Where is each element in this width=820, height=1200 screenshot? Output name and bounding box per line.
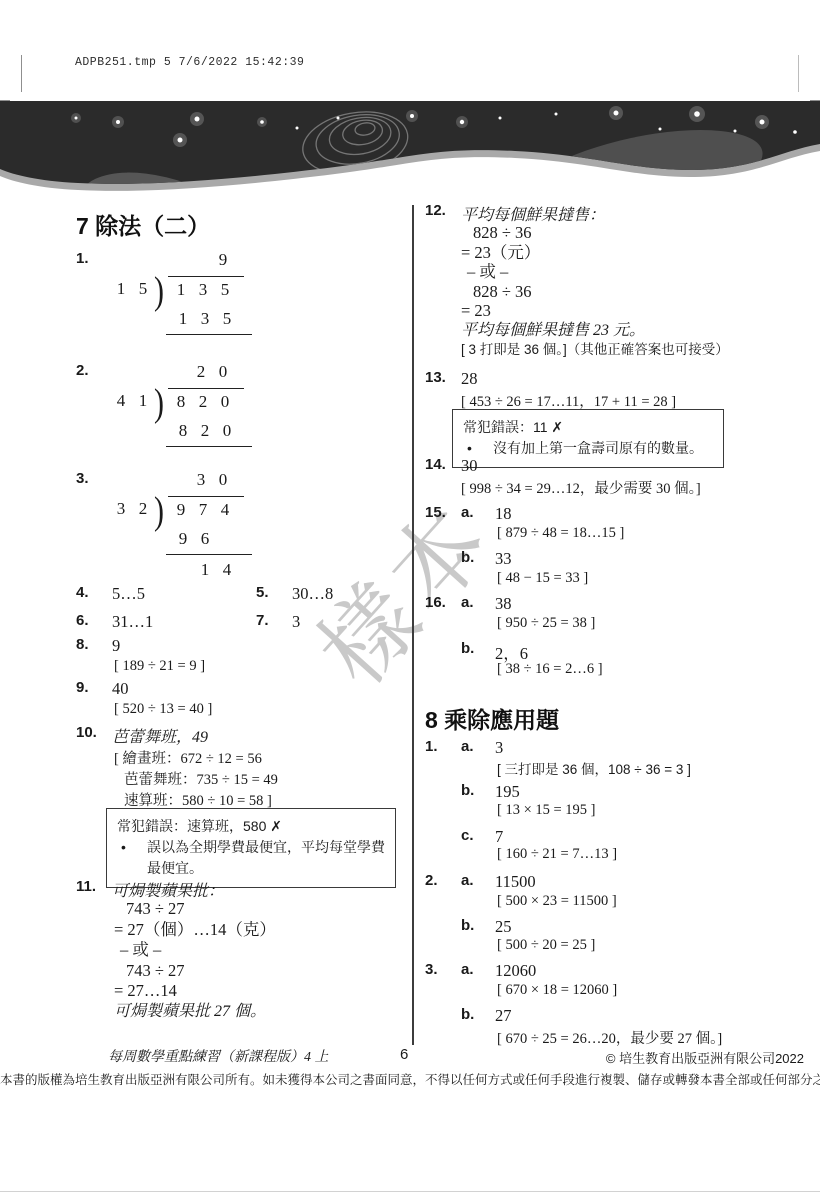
s8-work-1b: [ 13 × 15 = 195 ]	[497, 802, 596, 819]
s8-work-2b: [ 500 ÷ 20 = 25 ]	[497, 937, 595, 954]
s8-item-1c-label: c.	[461, 827, 495, 844]
work-12-line2: 828 ÷ 36	[461, 223, 729, 243]
work-11-line5: 743 ÷ 27	[114, 961, 276, 982]
item-8-number: 8.	[76, 636, 112, 653]
answer-4: 5…5	[112, 584, 145, 603]
longdiv-1-subtracted: 135	[166, 307, 252, 335]
item-3-number: 3.	[76, 470, 112, 487]
longdiv-3-quotient: 30	[190, 470, 252, 496]
division-bracket: )	[154, 276, 168, 307]
division-bracket: )	[154, 388, 168, 419]
s8-item-1a-label: a.	[461, 738, 495, 755]
work-11: 743 ÷ 27 = 27（個）…14（克） – 或 – 743 ÷ 27 = …	[114, 899, 276, 1022]
item-16a-label: a.	[461, 594, 495, 611]
item-9-number: 9.	[76, 679, 112, 696]
s8-work-3b: [ 670 ÷ 25 = 26…20，最少要 27 個。]	[497, 1027, 722, 1048]
longdiv-1: 9 15 ) 135 135	[110, 250, 252, 335]
answer-8: 9	[112, 636, 120, 655]
work-11-line3: = 27（個）…14（克）	[114, 920, 276, 941]
work-10-line1: [ 繪畫班：672 ÷ 12 = 56	[114, 747, 262, 768]
item-4-number: 4.	[76, 584, 112, 601]
s8-item-1b-label: b.	[461, 782, 495, 799]
section-7-title: 7 除法（二）	[76, 208, 210, 241]
s8-item-2b-label: b.	[461, 917, 495, 934]
work-12-line6: = 23	[461, 301, 729, 321]
item-5-number: 5.	[256, 584, 292, 601]
longdiv-1-dividend: 135	[168, 276, 244, 300]
decorative-space-banner	[0, 95, 820, 195]
work-12-line4: – 或 –	[461, 262, 729, 282]
longdiv-2-dividend: 820	[168, 388, 244, 412]
s8-answer-1a: 3	[495, 738, 503, 757]
s8-work-1c: [ 160 ÷ 21 = 7…13 ]	[497, 846, 617, 863]
s8-answer-1b: 195	[495, 782, 520, 801]
answer-7: 3	[292, 612, 300, 631]
print-file-info: ADPB251.tmp 5 7/6/2022 15:42:39	[75, 56, 304, 69]
work-12-line8: [ 3 打即是 36 個。]（其他正確答案也可接受）	[461, 340, 729, 360]
s8-answer-2b: 25	[495, 917, 512, 936]
longdiv-1-quotient: 9	[212, 250, 252, 276]
item-16-number: 16.	[425, 594, 461, 611]
item-11-number: 11.	[76, 878, 112, 895]
work-16a: [ 950 ÷ 25 = 38 ]	[497, 615, 595, 632]
mistake-box-13-bullet: 沒有加上第一盒壽司原有的數量。	[493, 438, 713, 459]
work-12: 828 ÷ 36 = 23（元） – 或 – 828 ÷ 36 = 23 平均每…	[461, 223, 729, 360]
mistake-box-10-title: 常犯錯誤：速算班，580 ✗	[117, 816, 385, 837]
answer-15a: 18	[495, 504, 512, 523]
s8-item-2-number: 2.	[425, 872, 461, 889]
item-10-number: 10.	[76, 724, 112, 741]
answer-10: 芭蕾舞班，49	[112, 729, 208, 746]
work-15b: [ 48 − 15 = 33 ]	[497, 570, 588, 587]
work-8: [ 189 ÷ 21 = 9 ]	[114, 658, 205, 675]
work-11-line4: – 或 –	[114, 940, 276, 961]
answer-14: 30	[461, 456, 478, 475]
s8-item-3a-label: a.	[461, 961, 495, 978]
longdiv-3-remainder: 14	[194, 555, 252, 580]
longdiv-3-dividend: 974	[168, 496, 244, 520]
work-11-line2: 743 ÷ 27	[114, 899, 276, 920]
answer-13: 28	[461, 369, 478, 388]
work-12-line5: 828 ÷ 36	[461, 282, 729, 302]
mistake-box-13: 常犯錯誤：11 ✗ • 沒有加上第一盒壽司原有的數量。	[452, 409, 724, 468]
workbook-answer-page: ADPB251.tmp 5 7/6/2022 15:42:39	[0, 0, 820, 1200]
s8-work-2a: [ 500 × 23 = 11500 ]	[497, 893, 617, 910]
work-12-line7: 平均每個鮮果撻售 23 元。	[461, 321, 729, 341]
s8-item-3-number: 3.	[425, 961, 461, 978]
item-15b-label: b.	[461, 549, 495, 566]
s8-answer-1c: 7	[495, 827, 503, 846]
s8-item-1-number: 1.	[425, 738, 461, 755]
item-7-number: 7.	[256, 612, 292, 629]
division-bracket: )	[154, 496, 168, 527]
scan-bottom-edge	[0, 1191, 820, 1192]
item-15a-label: a.	[461, 504, 495, 521]
s8-answer-2a: 11500	[495, 872, 536, 891]
answer-6: 31…1	[112, 612, 153, 631]
s8-answer-3b: 27	[495, 1006, 512, 1025]
longdiv-3-divisor: 32	[110, 496, 154, 519]
answer-15b: 33	[495, 549, 512, 568]
work-12-line3: = 23（元）	[461, 243, 729, 263]
work-11-line7: 可焗製蘋果批 27 個。	[114, 1002, 276, 1023]
crop-mark-left-vertical	[21, 55, 22, 92]
item-1-number: 1.	[76, 250, 112, 267]
work-16b: [ 38 ÷ 16 = 2…6 ]	[497, 661, 603, 678]
item-6-number: 6.	[76, 612, 112, 629]
item-16b-label: b.	[461, 640, 495, 657]
footer-page-number: 6	[400, 1046, 408, 1063]
item-14-number: 14.	[425, 456, 461, 473]
longdiv-2-subtracted: 820	[166, 419, 252, 447]
longdiv-1-divisor: 15	[110, 276, 154, 299]
s8-answer-3a: 12060	[495, 961, 536, 980]
mistake-box-13-title: 常犯錯誤：11 ✗	[463, 417, 713, 438]
answer-5: 30…8	[292, 584, 333, 603]
answer-9: 40	[112, 679, 129, 698]
longdiv-3: 30 32 ) 974 96 14	[110, 470, 252, 580]
item-12-number: 12.	[425, 202, 461, 219]
work-11-line6: = 27…14	[114, 981, 276, 1002]
work-10-line2: 芭蕾舞班：735 ÷ 15 = 49	[124, 768, 278, 789]
work-15a: [ 879 ÷ 48 = 18…15 ]	[497, 525, 624, 542]
s8-work-1a: [ 三打即是 36 個，108 ÷ 36 = 3 ]	[497, 758, 691, 778]
s8-item-2a-label: a.	[461, 872, 495, 889]
s8-work-3a: [ 670 × 18 = 12060 ]	[497, 982, 617, 999]
footer-copyright-notice: 本書的版權為培生教育出版亞洲有限公司所有。如未獲得本公司之書面同意，不得以任何方…	[0, 1070, 820, 1088]
footer-book-title: 每周數學重點練習（新課程版）4 上	[108, 1046, 329, 1066]
answer-16a: 38	[495, 594, 512, 613]
answer-12-line1: 平均每個鮮果撻售：	[461, 207, 605, 224]
section-8-title: 8 乘除應用題	[425, 702, 559, 735]
longdiv-2: 20 41 ) 820 820	[110, 362, 252, 447]
s8-item-3b-label: b.	[461, 1006, 495, 1023]
longdiv-3-subtracted: 96	[166, 527, 252, 555]
mistake-box-10-bullet: 誤以為全期學費最便宜，平均每堂學費最便宜。	[147, 837, 385, 879]
work-14: [ 998 ÷ 34 = 29…12，最少需要 30 個。]	[461, 477, 701, 498]
longdiv-2-quotient: 20	[190, 362, 252, 388]
longdiv-2-divisor: 41	[110, 388, 154, 411]
answer-11-line1: 可焗製蘋果批：	[112, 883, 224, 900]
footer-copyright: © 培生教育出版亞洲有限公司2022	[606, 1048, 804, 1067]
bullet-marker: •	[117, 837, 147, 879]
crop-mark-right-vertical	[798, 55, 799, 92]
mistake-box-10: 常犯錯誤：速算班，580 ✗ • 誤以為全期學費最便宜，平均每堂學費最便宜。	[106, 808, 396, 888]
work-9: [ 520 ÷ 13 = 40 ]	[114, 701, 212, 718]
work-10-line3: 速算班：580 ÷ 10 = 58 ]	[124, 789, 272, 810]
item-2-number: 2.	[76, 362, 112, 379]
work-13: [ 453 ÷ 26 = 17…11，17 + 11 = 28 ]	[461, 390, 676, 411]
column-divider	[412, 205, 414, 1045]
item-13-number: 13.	[425, 369, 461, 386]
item-15-number: 15.	[425, 504, 461, 521]
